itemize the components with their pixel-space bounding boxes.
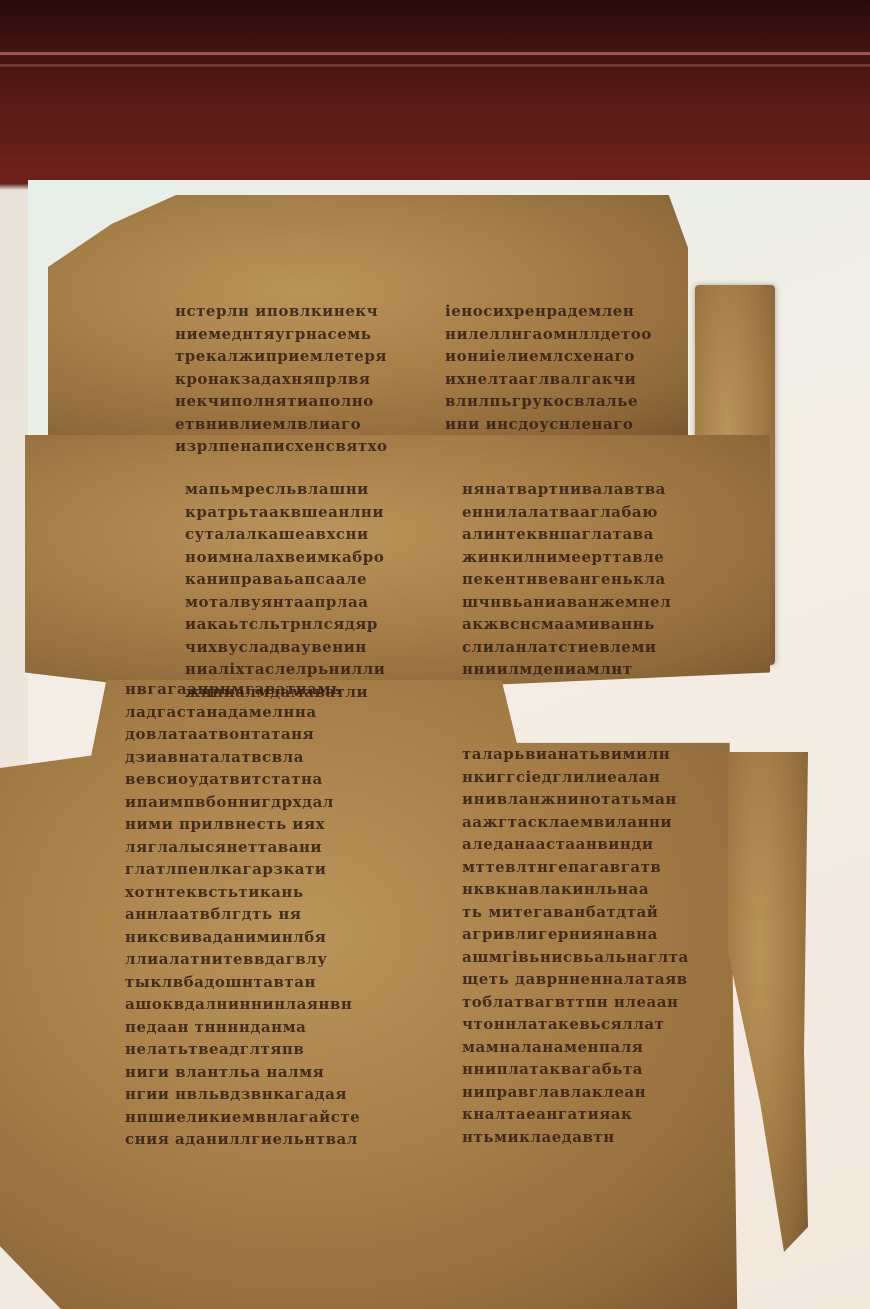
glass-reflection [0, 52, 870, 55]
text-block-middle-right: нянатвартнивалавтваеннилалатвааглабаюали… [462, 478, 697, 681]
glass-reflection [0, 64, 870, 67]
text-block-middle-left: мапьмресльвлашникратрьтааквшеанлнисутала… [185, 478, 420, 703]
text-block-upper-right: іеносихренрадемленнилеллнгаомнллдетооион… [445, 300, 685, 435]
text-block-lower-right: таларьвианатьвимилннкиггсіедглилиеаланин… [462, 743, 752, 1148]
text-block-lower-left: нвгагаапрнмгаватнамьладгастанадамелннадо… [125, 678, 425, 1151]
text-block-upper-left: нстерлн иповлкинекчниемеднтяугрнасемьтре… [175, 300, 415, 458]
